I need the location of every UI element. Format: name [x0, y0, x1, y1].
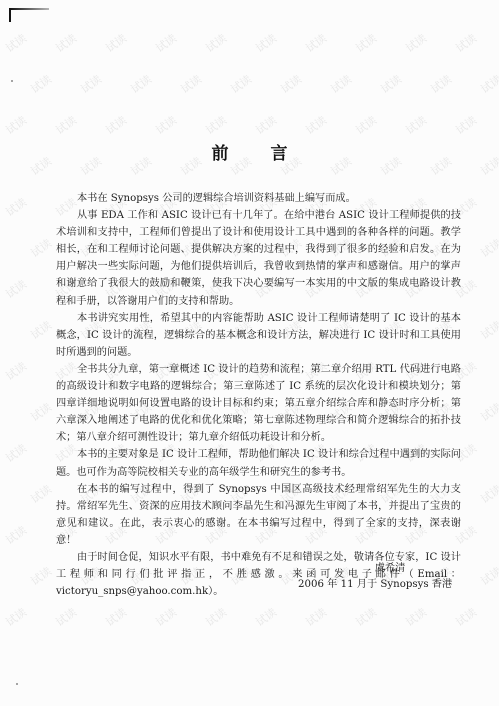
- watermark-text: 试读: [402, 30, 429, 56]
- watermark-text: 试读: [252, 604, 279, 630]
- paragraph: 本书在 Synopsys 公司的逻辑综合培训资料基础上编写而成。: [56, 190, 461, 207]
- paragraph: 本书的主要对象是 IC 设计工程师，帮助他们解决 IC 设计和综合过程中遇到的实…: [56, 446, 461, 480]
- paragraph: 从事 EDA 工作和 ASIC 设计已有十几年了。在给中港台 ASIC 设计工程…: [56, 207, 461, 310]
- watermark-text: 试读: [477, 317, 499, 343]
- watermark-text: 试读: [27, 399, 54, 425]
- watermark-text: 试读: [102, 30, 129, 56]
- watermark-text: 试读: [477, 481, 499, 507]
- watermark-text: 试读: [302, 30, 329, 56]
- watermark-text: 试读: [277, 71, 304, 97]
- watermark-text: 试读: [477, 563, 499, 589]
- paragraph: 在本书的编写过程中，得到了 Synopsys 中国区高级技术经理常绍军先生的大力…: [56, 481, 461, 549]
- watermark-text: 试读: [227, 71, 254, 97]
- watermark-text: 试读: [2, 440, 29, 466]
- watermark-text: 试读: [352, 604, 379, 630]
- watermark-text: 试读: [152, 30, 179, 56]
- preface-body: 本书在 Synopsys 公司的逻辑综合培训资料基础上编写而成。 从事 EDA …: [56, 190, 461, 600]
- watermark-text: 试读: [302, 112, 329, 138]
- watermark-text: 试读: [27, 481, 54, 507]
- watermark-text: 试读: [2, 522, 29, 548]
- watermark-text: 试读: [202, 604, 229, 630]
- signature-date-place: 2006 年 11 月于 Synopsys 香港: [298, 575, 452, 590]
- watermark-text: 试读: [302, 604, 329, 630]
- watermark-text: 试读: [427, 71, 454, 97]
- watermark-text: 试读: [102, 112, 129, 138]
- scan-speck: [16, 683, 18, 685]
- watermark-text: 试读: [2, 30, 29, 56]
- author-name: 虞希清: [355, 559, 425, 574]
- watermark-text: 试读: [477, 71, 499, 97]
- watermark-text: 试读: [202, 30, 229, 56]
- watermark-text: 试读: [2, 604, 29, 630]
- paragraph: 本书讲究实用性，希望其中的内容能帮助 ASIC 设计工程师请楚明了 IC 设计的…: [56, 310, 461, 361]
- watermark-text: 试读: [202, 112, 229, 138]
- page-title: 前 言: [0, 139, 499, 164]
- watermark-text: 试读: [152, 604, 179, 630]
- watermark-text: 试读: [352, 30, 379, 56]
- watermark-text: 试读: [177, 71, 204, 97]
- watermark-text: 试读: [152, 112, 179, 138]
- watermark-text: 试读: [27, 235, 54, 261]
- watermark-text: 试读: [2, 276, 29, 302]
- watermark-text: 试读: [477, 235, 499, 261]
- watermark-text: 试读: [27, 563, 54, 589]
- watermark-text: 试读: [402, 604, 429, 630]
- watermark-text: 试读: [2, 112, 29, 138]
- watermark-text: 试读: [127, 71, 154, 97]
- watermark-text: 试读: [452, 30, 479, 56]
- watermark-text: 试读: [252, 112, 279, 138]
- watermark-text: 试读: [27, 317, 54, 343]
- watermark-text: 试读: [377, 71, 404, 97]
- paragraph: 全书共分九章，第一章概述 IC 设计的趋势和流程；第二章介绍用 RTL 代码进行…: [56, 361, 461, 446]
- watermark-text: 试读: [102, 604, 129, 630]
- watermark-text: 试读: [27, 71, 54, 97]
- watermark-text: 试读: [452, 604, 479, 630]
- watermark-text: 试读: [2, 358, 29, 384]
- watermark-text: 试读: [452, 112, 479, 138]
- watermark-text: 试读: [2, 194, 29, 220]
- scan-speck: [11, 80, 13, 82]
- watermark-text: 试读: [477, 399, 499, 425]
- watermark-text: 试读: [52, 604, 79, 630]
- watermark-text: 试读: [352, 112, 379, 138]
- watermark-text: 试读: [77, 71, 104, 97]
- watermark-text: 试读: [52, 112, 79, 138]
- watermark-text: 试读: [402, 112, 429, 138]
- watermark-text: 试读: [327, 71, 354, 97]
- watermark-text: 试读: [252, 30, 279, 56]
- page-corner-mark: [9, 8, 49, 22]
- watermark-text: 试读: [52, 30, 79, 56]
